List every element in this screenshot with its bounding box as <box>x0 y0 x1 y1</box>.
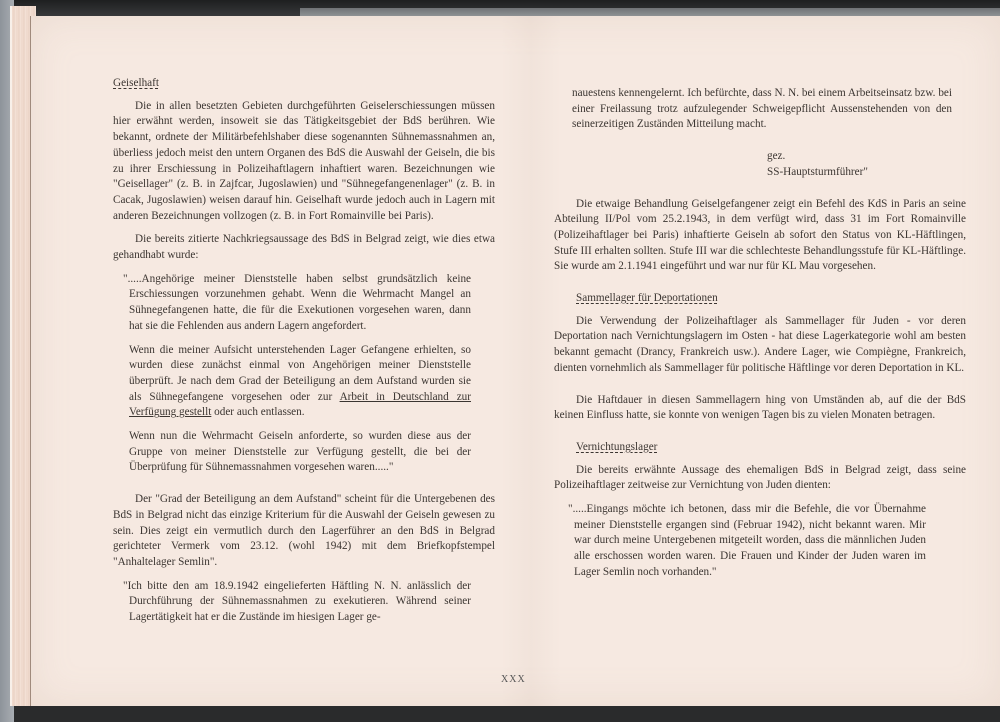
signature-gez: gez. <box>554 149 966 165</box>
book-page-spread: Geiselhaft Die in allen besetzten Gebiet… <box>30 16 1000 706</box>
paragraph: Die etwaige Behandlung Geiselgefangener … <box>554 197 966 276</box>
section-heading-geiselhaft: Geiselhaft <box>113 76 159 92</box>
signature-rank: SS-Hauptsturmführer" <box>554 165 966 181</box>
quote-paragraph: Wenn nun die Wehrmacht Geiseln anfordert… <box>129 429 471 476</box>
left-column: Geiselhaft Die in allen besetzten Gebiet… <box>113 76 495 626</box>
paragraph: Die bereits zitierte Nachkriegsaussage d… <box>113 232 495 263</box>
section-heading-sammellager: Sammellager für Deportationen <box>576 291 718 307</box>
block-quote: ".....Angehörige meiner Dienststelle hab… <box>113 272 495 476</box>
page-number: XXX <box>501 674 526 685</box>
paragraph: Die bereits erwähnte Aussage des ehemali… <box>554 463 966 494</box>
paragraph: Der "Grad der Beteiligung an dem Aufstan… <box>113 492 495 571</box>
paragraph: Die in allen besetzten Gebieten durchgef… <box>113 99 495 225</box>
paragraph: Die Haftdauer in diesen Sammellagern hin… <box>554 393 966 424</box>
quote-paragraph: ".....Angehörige meiner Dienststelle hab… <box>129 272 471 335</box>
block-quote: ".....Eingangs möchte ich betonen, dass … <box>554 502 966 581</box>
right-column: nauestens kennengelernt. Ich befürchte, … <box>554 86 966 581</box>
block-quote: "Ich bitte den am 18.9.1942 eingeliefert… <box>113 579 495 626</box>
book-gutter <box>501 16 561 706</box>
quote-text: oder auch entlassen. <box>211 406 304 418</box>
block-quote-continued: nauestens kennengelernt. Ich befürchte, … <box>554 86 966 133</box>
paragraph: Die Verwendung der Polizeihaftlager als … <box>554 314 966 377</box>
quote-paragraph: ".....Eingangs möchte ich betonen, dass … <box>574 502 926 581</box>
section-heading-vernichtungslager: Vernichtungslager <box>576 440 657 456</box>
quote-paragraph: Wenn die meiner Aufsicht unterstehenden … <box>129 343 471 422</box>
quote-paragraph: nauestens kennengelernt. Ich befürchte, … <box>572 86 952 133</box>
quote-paragraph: "Ich bitte den am 18.9.1942 eingeliefert… <box>129 579 471 626</box>
